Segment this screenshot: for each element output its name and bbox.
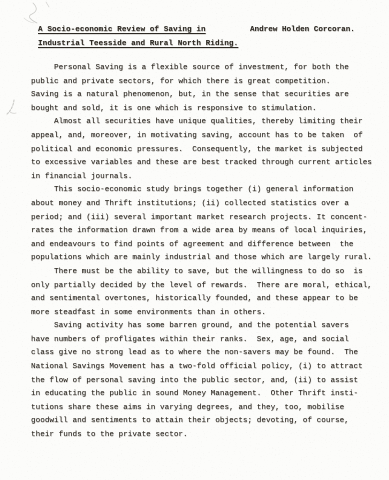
paragraph: Saving activity has some barren ground, … [31, 320, 373, 442]
document-content: A Socio-economic Review of Saving in Ind… [0, 0, 389, 443]
document-body: Personal Saving is a flexible source of … [31, 62, 373, 443]
document-title-line-1: A Socio-economic Review of Saving in [38, 24, 206, 38]
paragraph: This socio-economic study brings togethe… [31, 184, 373, 266]
document-header: A Socio-economic Review of Saving in Ind… [38, 24, 373, 52]
paragraph: There must be the ability to save, but t… [31, 266, 373, 320]
paragraph: Almost all securities have unique qualit… [31, 116, 373, 184]
document-title-line-2: Industrial Teesside and Rural North Ridi… [38, 38, 238, 52]
scanned-document-page: A Socio-economic Review of Saving in Ind… [0, 0, 389, 480]
author-name: Andrew Holden Corcoran. [250, 24, 355, 38]
paragraph: Personal Saving is a flexible source of … [31, 62, 373, 116]
